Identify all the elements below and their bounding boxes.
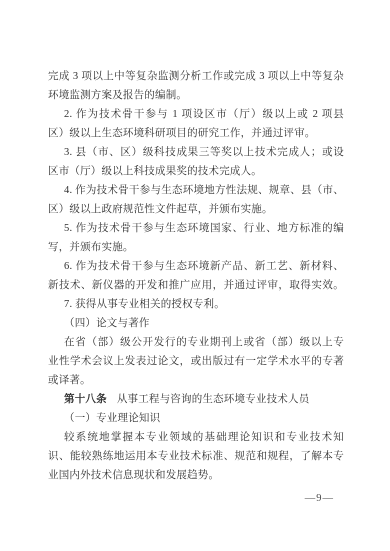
line-text: 3. 县（市、区）级科技成果三等奖以上技术完成人；或设: [64, 147, 344, 158]
line-text: 6. 作为技术骨干参与生态环境新产品、新工艺、新材料、: [64, 261, 344, 272]
text-line: 3. 县（市、区）级科技成果三等奖以上技术完成人；或设: [48, 143, 344, 162]
text-line: 7. 获得从事专业相关的授权专利。: [48, 295, 344, 314]
text-line: 区）级以上政府规范性文件起草，并颁布实施。: [48, 200, 344, 219]
line-text: 7. 获得从事专业相关的授权专利。: [64, 299, 225, 310]
text-line: 2. 作为技术骨干参与 1 项设区市（厅）级以上或 2 项县（市、: [48, 105, 344, 124]
text-line: 区市（厅）级以上科技成果奖的技术完成人。: [48, 162, 344, 181]
text-line: 第十八条从事工程与咨询的生态环境专业技术人员: [48, 390, 344, 409]
text-line: 写，并颁布实施。: [48, 238, 344, 257]
line-text: 2. 作为技术骨干参与 1 项设区市（厅）级以上或 2 项县（市、: [64, 109, 344, 124]
text-line: 新技术、新仪器的开发和推广应用，并通过评审，取得实效。: [48, 276, 344, 295]
line-text: 区）级以上政府规范性文件起草，并颁布实施。: [48, 204, 273, 215]
line-text: 较系统地掌握本专业领域的基础理论知识和专业技术知: [64, 432, 344, 443]
article-number: 第十八条: [64, 394, 107, 405]
line-text: 区）级以上生态环境科研项目的研究工作，并通过评审。: [48, 128, 316, 139]
line-text: 在省（部）级公开发行的专业期刊上或省（部）级以上专: [64, 337, 344, 348]
line-text: 新技术、新仪器的开发和推广应用，并通过评审，取得实效。: [48, 280, 344, 291]
text-line: 环境监测方案及报告的编制。: [48, 86, 344, 105]
text-line: 业性学术会议上发表过论文，或出版过有一定学术水平的专著: [48, 352, 344, 371]
line-text: （一）专业理论知识: [64, 413, 160, 424]
line-text: 4. 作为技术骨干参与生态环境地方性法规、规章、县（市、: [64, 185, 344, 196]
line-text: （四）论文与著作: [64, 318, 150, 329]
line-text: 业国内外技术信息现状和发展趋势。: [48, 470, 219, 481]
line-text: 区市（厅）级以上科技成果奖的技术完成人。: [48, 166, 262, 177]
line-text: 5. 作为技术骨干参与生态环境国家、行业、地方标准的编: [64, 223, 344, 234]
line-text: 写，并颁布实施。: [48, 242, 134, 253]
document-body: 完成 3 项以上中等复杂监测分析工作或完成 3 项以上中等复杂环境监测方案及报告…: [48, 67, 344, 485]
text-line: 完成 3 项以上中等复杂监测分析工作或完成 3 项以上中等复杂: [48, 67, 344, 86]
text-line: 业国内外技术信息现状和发展趋势。: [48, 466, 344, 485]
line-text: 从事工程与咨询的生态环境专业技术人员: [117, 394, 310, 405]
document-page: 完成 3 项以上中等复杂监测分析工作或完成 3 项以上中等复杂环境监测方案及报告…: [0, 0, 390, 551]
line-text: 环境监测方案及报告的编制。: [48, 90, 187, 101]
text-line: 区）级以上生态环境科研项目的研究工作，并通过评审。: [48, 124, 344, 143]
page-number: —9—: [305, 492, 334, 505]
line-text: 业性学术会议上发表过论文，或出版过有一定学术水平的专著: [48, 356, 344, 367]
line-text: 完成 3 项以上中等复杂监测分析工作或完成 3 项以上中等复杂: [48, 71, 344, 82]
text-line: 6. 作为技术骨干参与生态环境新产品、新工艺、新材料、: [48, 257, 344, 276]
text-line: （一）专业理论知识: [48, 409, 344, 428]
text-line: （四）论文与著作: [48, 314, 344, 333]
text-line: 在省（部）级公开发行的专业期刊上或省（部）级以上专: [48, 333, 344, 352]
line-text: 或译著。: [48, 375, 91, 386]
text-line: 或译著。: [48, 371, 344, 390]
text-line: 4. 作为技术骨干参与生态环境地方性法规、规章、县（市、: [48, 181, 344, 200]
line-text: 识、能较熟练地运用本专业技术标准、规范和规程，了解本专: [48, 451, 344, 462]
text-line: 较系统地掌握本专业领域的基础理论知识和专业技术知: [48, 428, 344, 447]
text-line: 识、能较熟练地运用本专业技术标准、规范和规程，了解本专: [48, 447, 344, 466]
text-line: 5. 作为技术骨干参与生态环境国家、行业、地方标准的编: [48, 219, 344, 238]
